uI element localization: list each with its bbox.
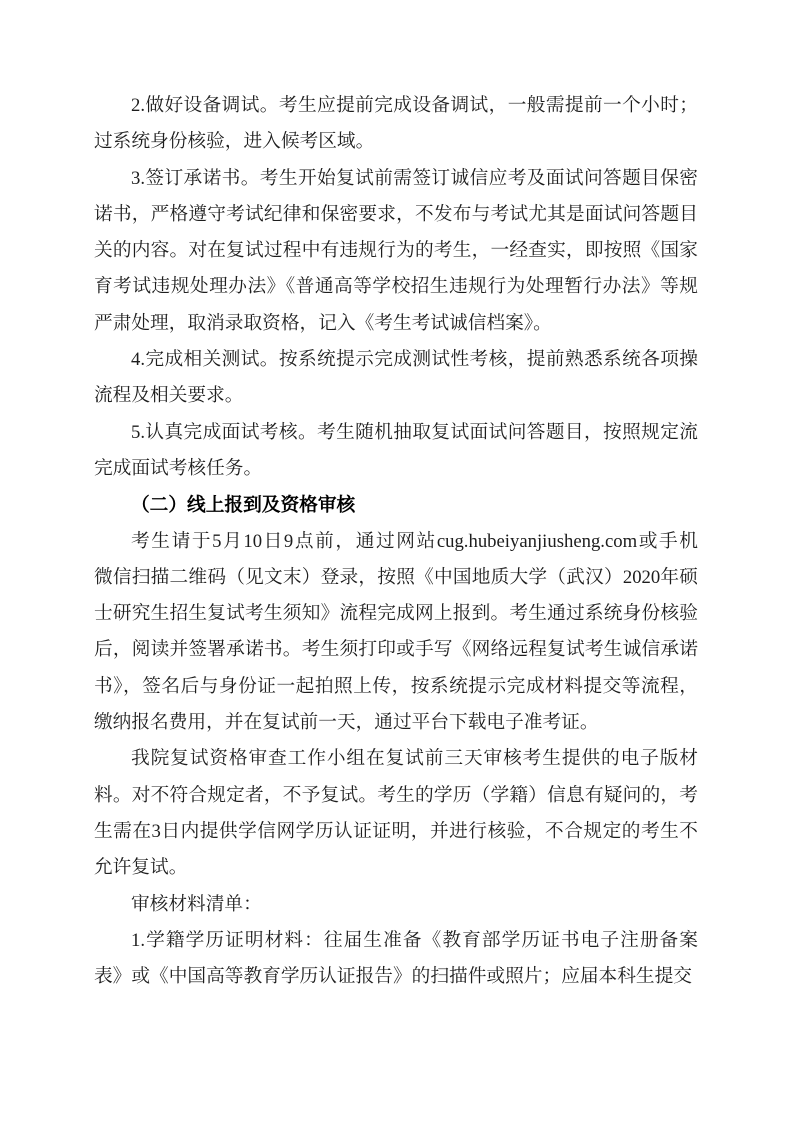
text-line: 4.完成相关测试。按系统提示完成测试性考核，提前熟悉系统各项操作 — [94, 342, 698, 378]
text-line: 书》，签名后与身份证一起拍照上传，按系统提示完成材料提交等流程， — [94, 669, 698, 705]
section-heading: （二）线上报到及资格审核 — [94, 487, 698, 523]
text-line: 流程及相关要求。 — [94, 378, 698, 414]
text-line: 完成面试考核任务。 — [94, 451, 698, 487]
text-line: 过系统身份核验，进入候考区域。 — [94, 124, 698, 160]
text-line: 士研究生招生复试考生须知》流程完成网上报到。考生通过系统身份核验 — [94, 596, 698, 632]
text-line: 2.做好设备调试。考生应提前完成设备调试，一般需提前一个小时；通 — [94, 88, 698, 124]
text-line: 诺书，严格遵守考试纪律和保密要求，不发布与考试尤其是面试问答题目相 — [94, 197, 698, 233]
text-line: 考生请于5月10日9点前，通过网站cug.hubeiyanjiusheng.co… — [94, 524, 698, 560]
text-line: 生需在3日内提供学信网学历认证证明，并进行核验，不合规定的考生不 — [94, 814, 698, 850]
text-line: 3.签订承诺书。考生开始复试前需签订诚信应考及面试问答题目保密承 — [94, 161, 698, 197]
text-line: 微信扫描二维码（见文末）登录，按照《中国地质大学（武汉）2020年硕 — [94, 560, 698, 596]
text-line: 缴纳报名费用，并在复试前一天，通过平台下载电子准考证。 — [94, 705, 698, 741]
text-line: 审核材料清单： — [94, 887, 698, 923]
text-line: 5.认真完成面试考核。考生随机抽取复试面试问答题目，按照规定流程 — [94, 415, 698, 451]
text-line: 后，阅读并签署承诺书。考生须打印或手写《网络远程复试考生诚信承诺 — [94, 632, 698, 668]
text-line: 表》或《中国高等教育学历认证报告》的扫描件或照片；应届本科生提交 — [94, 959, 698, 995]
text-line: 料。对不符合规定者，不予复试。考生的学历（学籍）信息有疑问的，考 — [94, 778, 698, 814]
text-line: 育考试违规处理办法》《普通高等学校招生违规行为处理暂行办法》等规定 — [94, 269, 698, 305]
text-line: 1.学籍学历证明材料：往届生准备《教育部学历证书电子注册备案 — [94, 923, 698, 959]
text-line: 关的内容。对在复试过程中有违规行为的考生，一经查实，即按照《国家教 — [94, 233, 698, 269]
document-body: 2.做好设备调试。考生应提前完成设备调试，一般需提前一个小时；通过系统身份核验，… — [94, 88, 698, 995]
text-line: 允许复试。 — [94, 850, 698, 886]
text-line: 严肃处理，取消录取资格，记入《考生考试诚信档案》。 — [94, 306, 698, 342]
text-line: 我院复试资格审查工作小组在复试前三天审核考生提供的电子版材 — [94, 741, 698, 777]
document-page: 2.做好设备调试。考生应提前完成设备调试，一般需提前一个小时；通过系统身份核验，… — [0, 0, 793, 1122]
